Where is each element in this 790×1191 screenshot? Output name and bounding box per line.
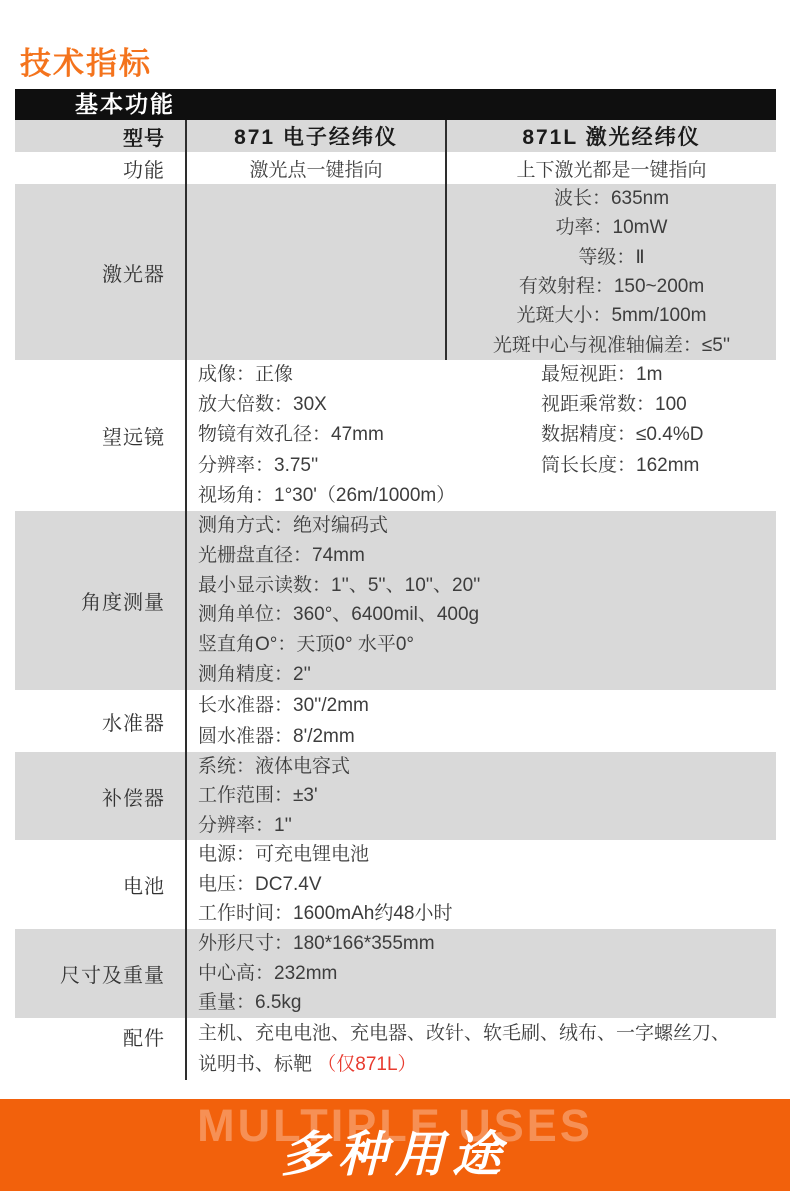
level-spec-lines: 长水准器：30''/2mm 圆水准器：8'/2mm — [187, 690, 776, 752]
spec-line: 圆水准器：8'/2mm — [198, 721, 776, 752]
spec-line: 功率：10mW — [493, 213, 730, 242]
table-row-angle-measurement: 角度测量 测角方式：绝对编码式 光栅盘直径：74mm 最小显示读数：1''、5'… — [15, 511, 776, 690]
dimensions-row-content: 外形尺寸：180*166*355mm 中心高：232mm 重量：6.5kg — [185, 929, 776, 1018]
spec-line: 光栅盘直径：74mm — [198, 541, 776, 571]
table-row-laser: 激光器 波长：635nm 功率：10mW 等级：Ⅱ 有效射程：150~200m … — [15, 184, 776, 360]
function-row-content: 激光点一键指向 上下激光都是一键指向 — [185, 152, 776, 184]
spec-line: 等级：Ⅱ — [493, 243, 730, 272]
spec-line: 最小显示读数：1''、5''、10''、20'' — [198, 571, 776, 601]
row-label-model: 型号 — [15, 120, 185, 152]
spec-line: 长水准器：30''/2mm — [198, 690, 776, 721]
row-label-battery: 电池 — [15, 840, 185, 929]
spec-line: 竖直角O°：天顶0° 水平0° — [198, 630, 776, 660]
telescope-right-lines: 最短视距：1m 视距乘常数：100 数据精度：≤0.4%D 筒长长度：162mm — [530, 360, 703, 481]
function-871-cell: 激光点一键指向 — [187, 152, 445, 184]
spec-line: 筒长长度：162mm — [541, 451, 703, 481]
spec-line: 最短视距：1m — [541, 360, 703, 390]
spec-table: 基本功能 型号 871 电子经纬仪 871L 激光经纬仪 功能 激光点一键指向 … — [15, 89, 776, 1080]
spec-line: 光斑大小：5mm/100m — [493, 301, 730, 330]
table-row-level-vial: 水准器 长水准器：30''/2mm 圆水准器：8'/2mm — [15, 690, 776, 752]
section-header: 基本功能 — [15, 89, 776, 120]
spec-line: 分辨率：1'' — [198, 811, 776, 840]
table-row-compensator: 补偿器 系统：液体电容式 工作范围：±3' 分辨率：1'' — [15, 752, 776, 840]
spec-line: 测角方式：绝对编码式 — [198, 511, 776, 541]
spec-line: 电压：DC7.4V — [198, 870, 776, 900]
row-label-laser: 激光器 — [15, 184, 185, 360]
spec-line: 测角单位：360°、6400mil、400g — [198, 600, 776, 630]
spec-line: 中心高：232mm — [198, 959, 776, 989]
spec-line: 波长：635nm — [493, 184, 730, 213]
spec-line: 测角精度：2'' — [198, 660, 776, 690]
row-label-telescope: 望远镜 — [15, 360, 185, 511]
only-871L-note: （仅871L） — [317, 1054, 416, 1075]
laser-spec-lines: 波长：635nm 功率：10mW 等级：Ⅱ 有效射程：150~200m 光斑大小… — [493, 184, 730, 360]
model-row-content: 871 电子经纬仪 871L 激光经纬仪 — [185, 120, 776, 152]
spec-line: 外形尺寸：180*166*355mm — [198, 929, 776, 959]
telescope-row-content: 成像：正像 放大倍数：30X 物镜有效孔径：47mm 分辨率：3.75'' 视场… — [185, 360, 776, 511]
spec-line: 有效射程：150~200m — [493, 272, 730, 301]
multiple-uses-banner: MULTIPLE USES 多种用途 — [0, 1099, 790, 1191]
compensator-row-content: 系统：液体电容式 工作范围：±3' 分辨率：1'' — [185, 752, 776, 840]
angle-spec-lines: 测角方式：绝对编码式 光栅盘直径：74mm 最小显示读数：1''、5''、10'… — [187, 511, 776, 690]
page-title: 技术指标 — [20, 38, 152, 83]
spec-line: 电源：可充电锂电池 — [198, 840, 776, 870]
model-871-cell: 871 电子经纬仪 — [187, 120, 445, 152]
battery-row-content: 电源：可充电锂电池 电压：DC7.4V 工作时间：1600mAh约48小时 — [185, 840, 776, 929]
laser-row-content: 波长：635nm 功率：10mW 等级：Ⅱ 有效射程：150~200m 光斑大小… — [185, 184, 776, 360]
compensator-spec-lines: 系统：液体电容式 工作范围：±3' 分辨率：1'' — [187, 752, 776, 840]
spec-line: 重量：6.5kg — [198, 988, 776, 1018]
table-row-battery: 电池 电源：可充电锂电池 电压：DC7.4V 工作时间：1600mAh约48小时 — [15, 840, 776, 929]
spec-line: 工作范围：±3' — [198, 781, 776, 810]
row-label-angle: 角度测量 — [15, 511, 185, 690]
spec-line: 数据精度：≤0.4%D — [541, 420, 703, 450]
table-row-dimensions-weight: 尺寸及重量 外形尺寸：180*166*355mm 中心高：232mm 重量：6.… — [15, 929, 776, 1018]
laser-871L-cell: 波长：635nm 功率：10mW 等级：Ⅱ 有效射程：150~200m 光斑大小… — [445, 184, 776, 360]
function-871L-cell: 上下激光都是一键指向 — [445, 152, 776, 184]
dimensions-spec-lines: 外形尺寸：180*166*355mm 中心高：232mm 重量：6.5kg — [187, 929, 776, 1018]
table-row-model: 型号 871 电子经纬仪 871L 激光经纬仪 — [15, 120, 776, 152]
angle-row-content: 测角方式：绝对编码式 光栅盘直径：74mm 最小显示读数：1''、5''、10'… — [185, 511, 776, 690]
table-row-accessories: 配件 主机、充电电池、充电器、改针、软毛刷、绒布、一字螺丝刀、 说明书、标靶 （… — [15, 1018, 776, 1080]
row-label-level: 水准器 — [15, 690, 185, 752]
table-row-function: 功能 激光点一键指向 上下激光都是一键指向 — [15, 152, 776, 184]
row-label-dimensions: 尺寸及重量 — [15, 929, 185, 1018]
spec-line: 视场角：1°30'（26m/1000m） — [198, 481, 776, 511]
battery-spec-lines: 电源：可充电锂电池 电压：DC7.4V 工作时间：1600mAh约48小时 — [187, 840, 776, 929]
row-label-accessories: 配件 — [15, 1018, 185, 1080]
accessories-row-content: 主机、充电电池、充电器、改针、软毛刷、绒布、一字螺丝刀、 说明书、标靶 （仅87… — [185, 1018, 776, 1080]
spec-line: 说明书、标靶 （仅871L） — [198, 1049, 776, 1080]
row-label-function: 功能 — [15, 152, 185, 184]
spec-line: 系统：液体电容式 — [198, 752, 776, 781]
row-label-compensator: 补偿器 — [15, 752, 185, 840]
laser-871-cell-empty — [187, 184, 445, 360]
level-row-content: 长水准器：30''/2mm 圆水准器：8'/2mm — [185, 690, 776, 752]
accessories-spec-lines: 主机、充电电池、充电器、改针、软毛刷、绒布、一字螺丝刀、 说明书、标靶 （仅87… — [187, 1018, 776, 1080]
model-871L-cell: 871L 激光经纬仪 — [445, 120, 776, 152]
spec-line: 光斑中心与视准轴偏差：≤5'' — [493, 331, 730, 360]
spec-line: 工作时间：1600mAh约48小时 — [198, 899, 776, 929]
accessories-line2-text: 说明书、标靶 — [198, 1054, 317, 1075]
spec-line: 视距乘常数：100 — [541, 390, 703, 420]
banner-title: 多种用途 — [0, 1116, 790, 1186]
spec-line: 主机、充电电池、充电器、改针、软毛刷、绒布、一字螺丝刀、 — [198, 1018, 776, 1049]
table-row-telescope: 望远镜 成像：正像 放大倍数：30X 物镜有效孔径：47mm 分辨率：3.75'… — [15, 360, 776, 511]
